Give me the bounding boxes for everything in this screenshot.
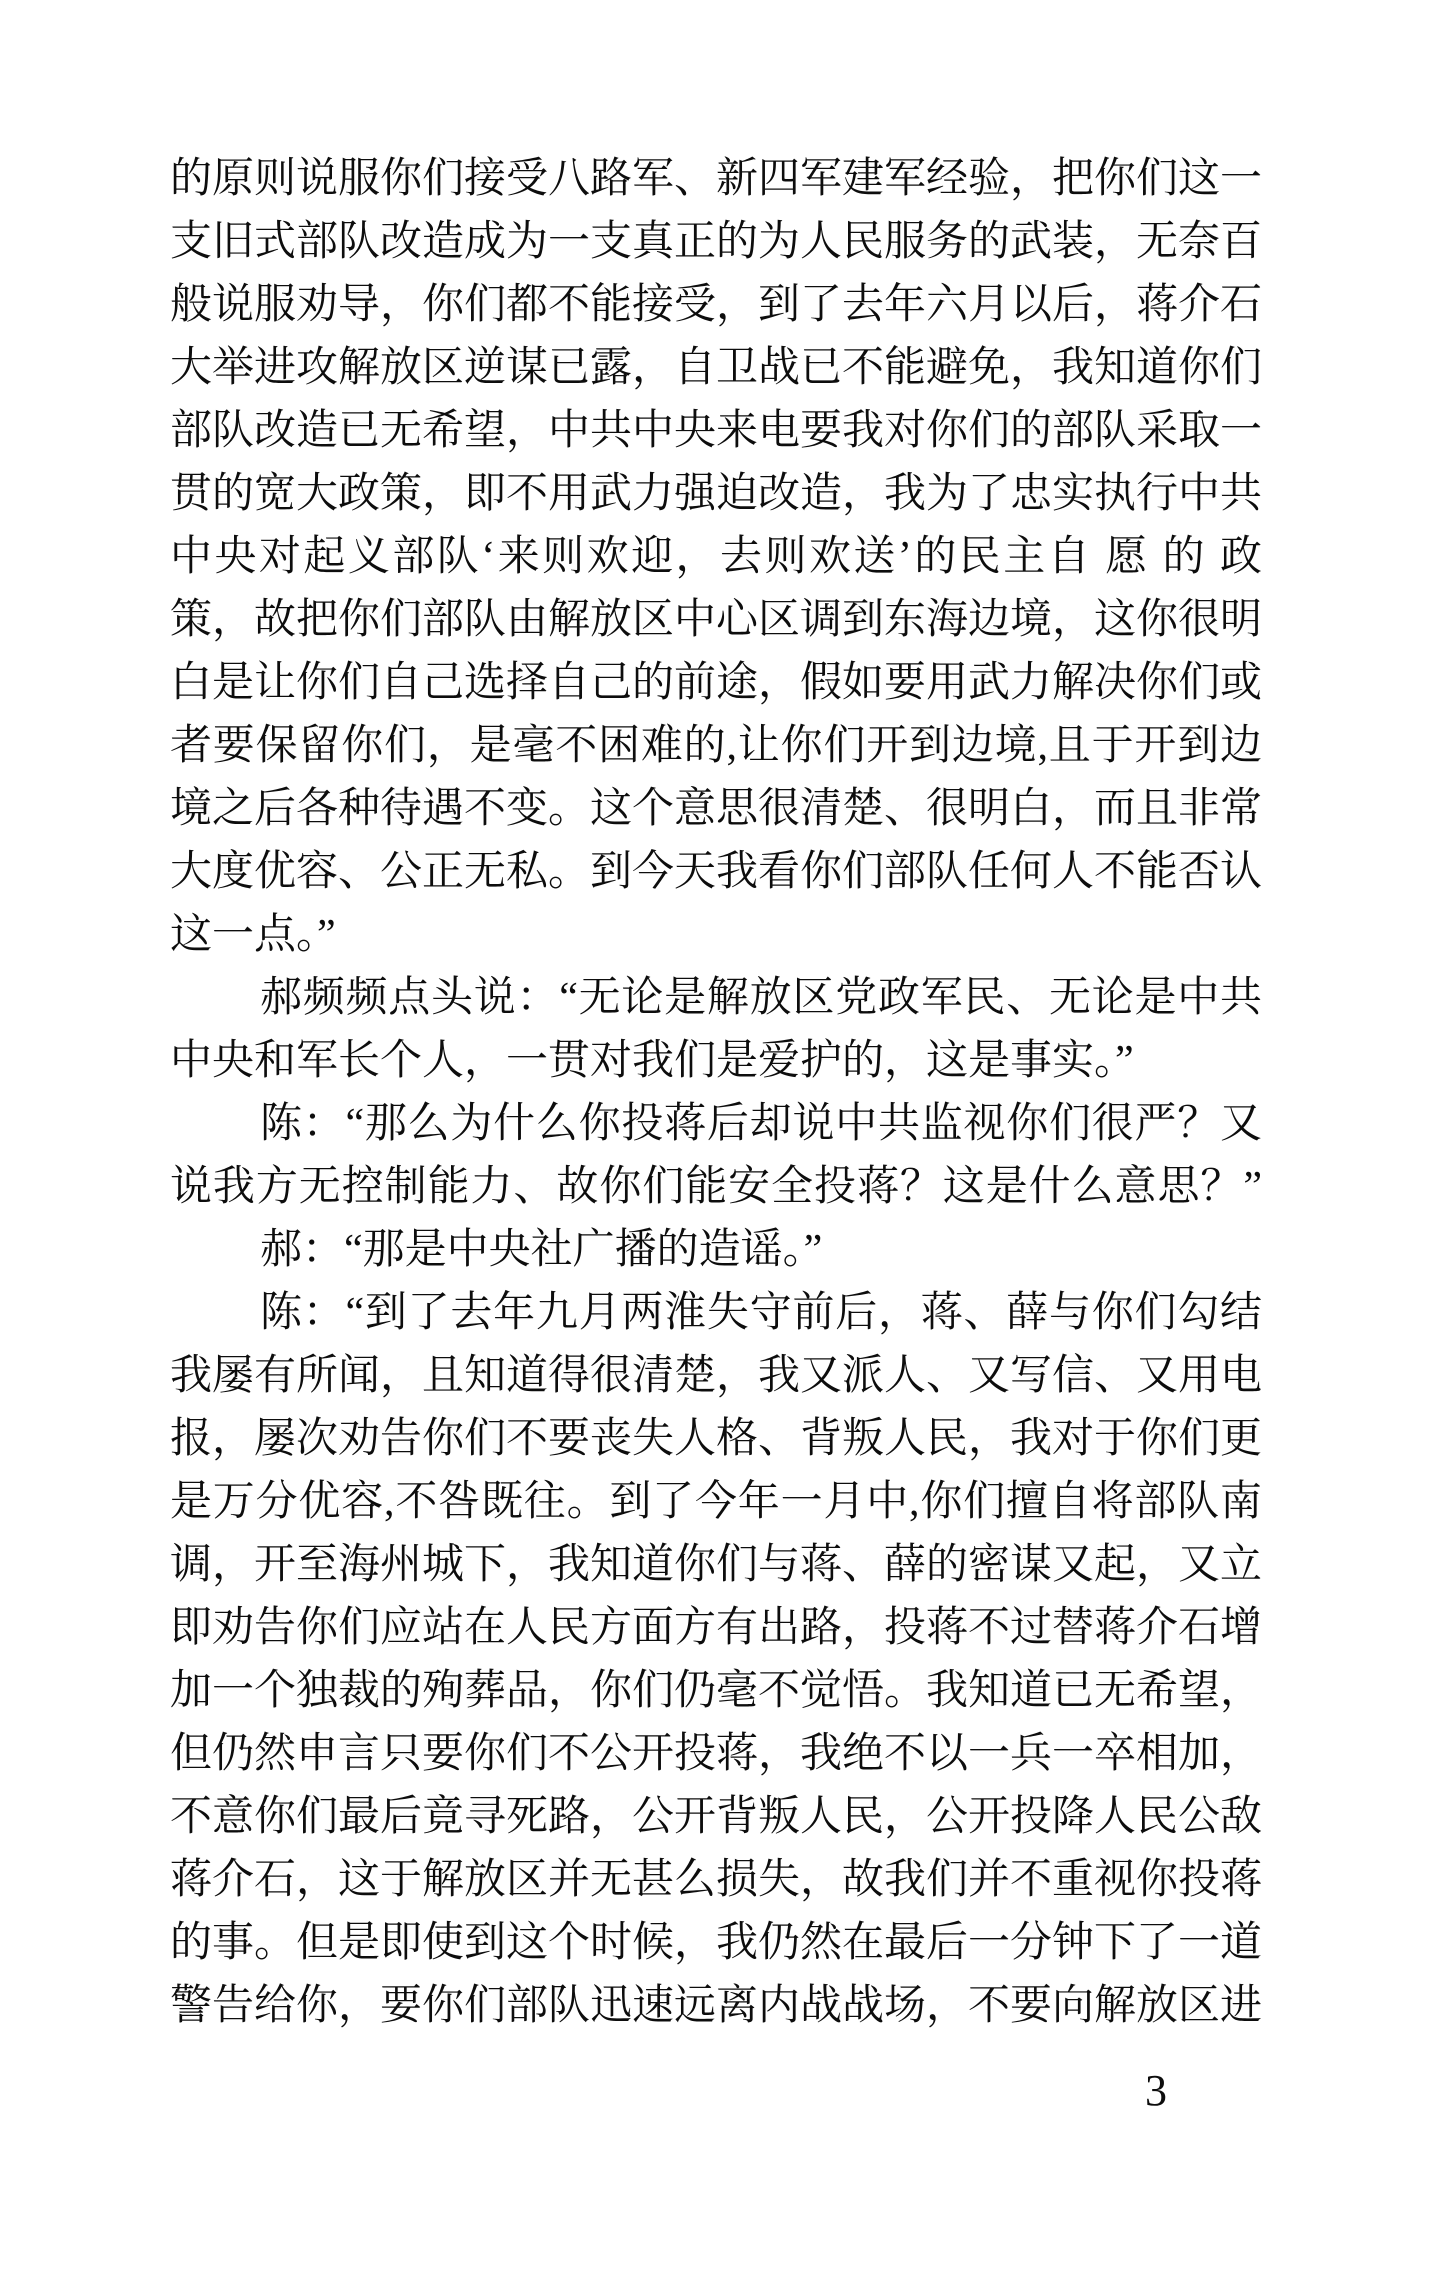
text-line: 这一点。” (170, 904, 1262, 967)
text-line: 说我方无控制能力、故你们能安全投蒋？这是什么意思？” (170, 1156, 1262, 1219)
text-line: 贯的宽大政策，即不用武力强迫改造，我为了忠实执行中共 (170, 463, 1262, 526)
text-line: 但仍然申言只要你们不公开投蒋，我绝不以一兵一卒相加， (170, 1723, 1262, 1786)
text-line: 支旧式部队改造成为一支真正的为人民服务的武装，无奈百 (170, 211, 1262, 274)
text-line: 陈：“那么为什么你投蒋后却说中共监视你们很严？又 (170, 1093, 1262, 1156)
body-text: 的原则说服你们接受八路军、新四军建军经验，把你们这一支旧式部队改造成为一支真正的… (170, 148, 1262, 2038)
text-line: 的事。但是即使到这个时候，我仍然在最后一分钟下了一道 (170, 1912, 1262, 1975)
text-line: 大举进攻解放区逆谋已露，自卫战已不能避免，我知道你们 (170, 337, 1262, 400)
page-number: 3 (1126, 2062, 1186, 2120)
text-line: 白是让你们自己选择自己的前途，假如要用武力解决你们或 (170, 652, 1262, 715)
text-line: 警告给你，要你们部队迅速远离内战战场，不要向解放区进 (170, 1975, 1262, 2038)
text-line: 我屡有所闻，且知道得很清楚，我又派人、又写信、又用电 (170, 1345, 1262, 1408)
text-line: 部队改造已无希望，中共中央来电要我对你们的部队采取一 (170, 400, 1262, 463)
text-line: 郝：“那是中央社广播的造谣。” (170, 1219, 1262, 1282)
text-line: 不意你们最后竟寻死路，公开背叛人民，公开投降人民公敌 (170, 1786, 1262, 1849)
scanned-book-page: 的原则说服你们接受八路军、新四军建军经验，把你们这一支旧式部队改造成为一支真正的… (0, 0, 1440, 2269)
text-line: 蒋介石，这于解放区并无甚么损失，故我们并不重视你投蒋 (170, 1849, 1262, 1912)
text-line: 报，屡次劝告你们不要丧失人格、背叛人民，我对于你们更 (170, 1408, 1262, 1471)
text-line: 加一个独裁的殉葬品，你们仍毫不觉悟。我知道已无希望， (170, 1660, 1262, 1723)
text-line: 中央对起义部队‘来则欢迎，去则欢送’的民主自 愿 的 政 (170, 526, 1262, 589)
text-line: 陈：“到了去年九月两淮失守前后，蒋、薛与你们勾结 (170, 1282, 1262, 1345)
text-line: 般说服劝导，你们都不能接受，到了去年六月以后，蒋介石 (170, 274, 1262, 337)
text-line: 者要保留你们，是毫不困难的,让你们开到边境,且于开到边 (170, 715, 1262, 778)
text-line: 即劝告你们应站在人民方面方有出路，投蒋不过替蒋介石增 (170, 1597, 1262, 1660)
text-line: 大度优容、公正无私。到今天我看你们部队任何人不能否认 (170, 841, 1262, 904)
text-line: 郝频频点头说：“无论是解放区党政军民、无论是中共 (170, 967, 1262, 1030)
text-line: 调，开至海州城下，我知道你们与蒋、薛的密谋又起，又立 (170, 1534, 1262, 1597)
text-line: 境之后各种待遇不变。这个意思很清楚、很明白，而且非常 (170, 778, 1262, 841)
text-line: 的原则说服你们接受八路军、新四军建军经验，把你们这一 (170, 148, 1262, 211)
text-line: 中央和军长个人，一贯对我们是爱护的，这是事实。” (170, 1030, 1262, 1093)
text-line: 策，故把你们部队由解放区中心区调到东海边境，这你很明 (170, 589, 1262, 652)
text-line: 是万分优容,不咎既往。到了今年一月中,你们擅自将部队南 (170, 1471, 1262, 1534)
